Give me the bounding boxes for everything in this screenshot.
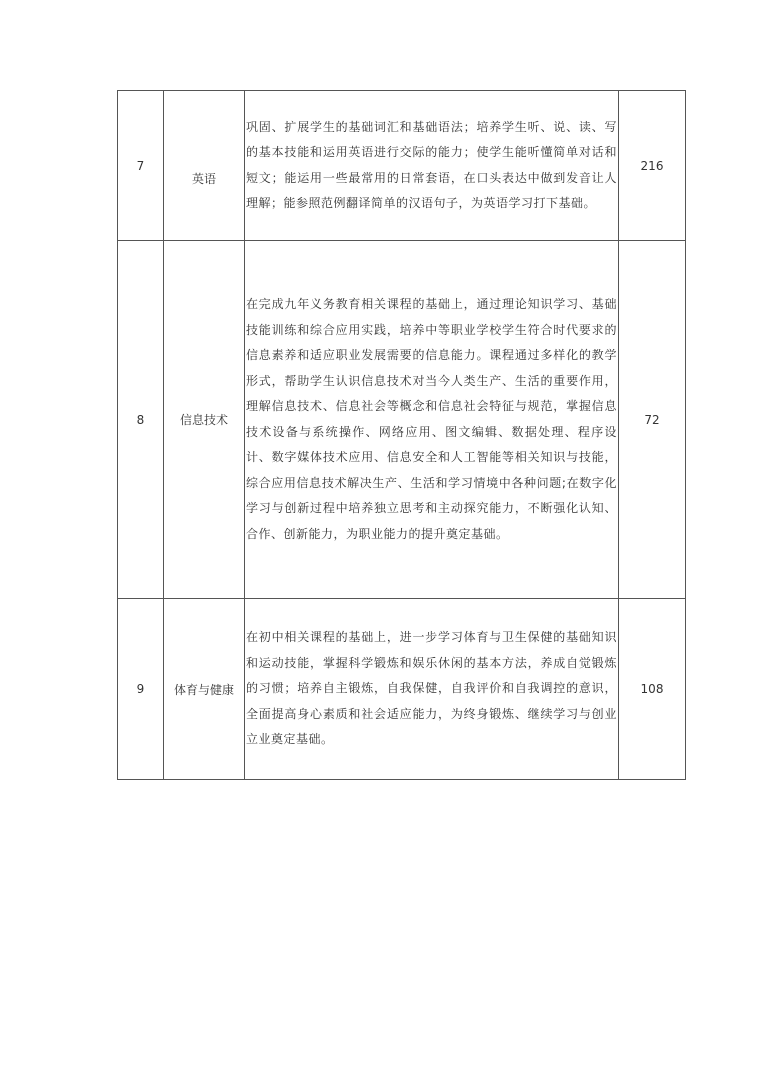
row-number: 7 xyxy=(118,91,164,241)
course-name: 体育与健康 xyxy=(164,599,245,780)
course-description: 巩固、扩展学生的基础词汇和基础语法；培养学生听、说、读、写的基本技能和运用英语进… xyxy=(245,91,619,241)
row-number: 9 xyxy=(118,599,164,780)
course-description: 在完成九年义务教育相关课程的基础上，通过理论知识学习、基础技能训练和综合应用实践… xyxy=(245,241,619,599)
table-row: 8 信息技术 在完成九年义务教育相关课程的基础上，通过理论知识学习、基础技能训练… xyxy=(118,241,686,599)
course-description: 在初中相关课程的基础上，进一步学习体育与卫生保健的基础知识和运动技能，掌握科学锻… xyxy=(245,599,619,780)
course-table: 7 英语 巩固、扩展学生的基础词汇和基础语法；培养学生听、说、读、写的基本技能和… xyxy=(117,90,686,780)
course-hours: 108 xyxy=(619,599,686,780)
row-number: 8 xyxy=(118,241,164,599)
course-hours: 72 xyxy=(619,241,686,599)
course-hours: 216 xyxy=(619,91,686,241)
table-row: 7 英语 巩固、扩展学生的基础词汇和基础语法；培养学生听、说、读、写的基本技能和… xyxy=(118,91,686,241)
table-row: 9 体育与健康 在初中相关课程的基础上，进一步学习体育与卫生保健的基础知识和运动… xyxy=(118,599,686,780)
course-name: 英语 xyxy=(164,91,245,241)
course-name: 信息技术 xyxy=(164,241,245,599)
